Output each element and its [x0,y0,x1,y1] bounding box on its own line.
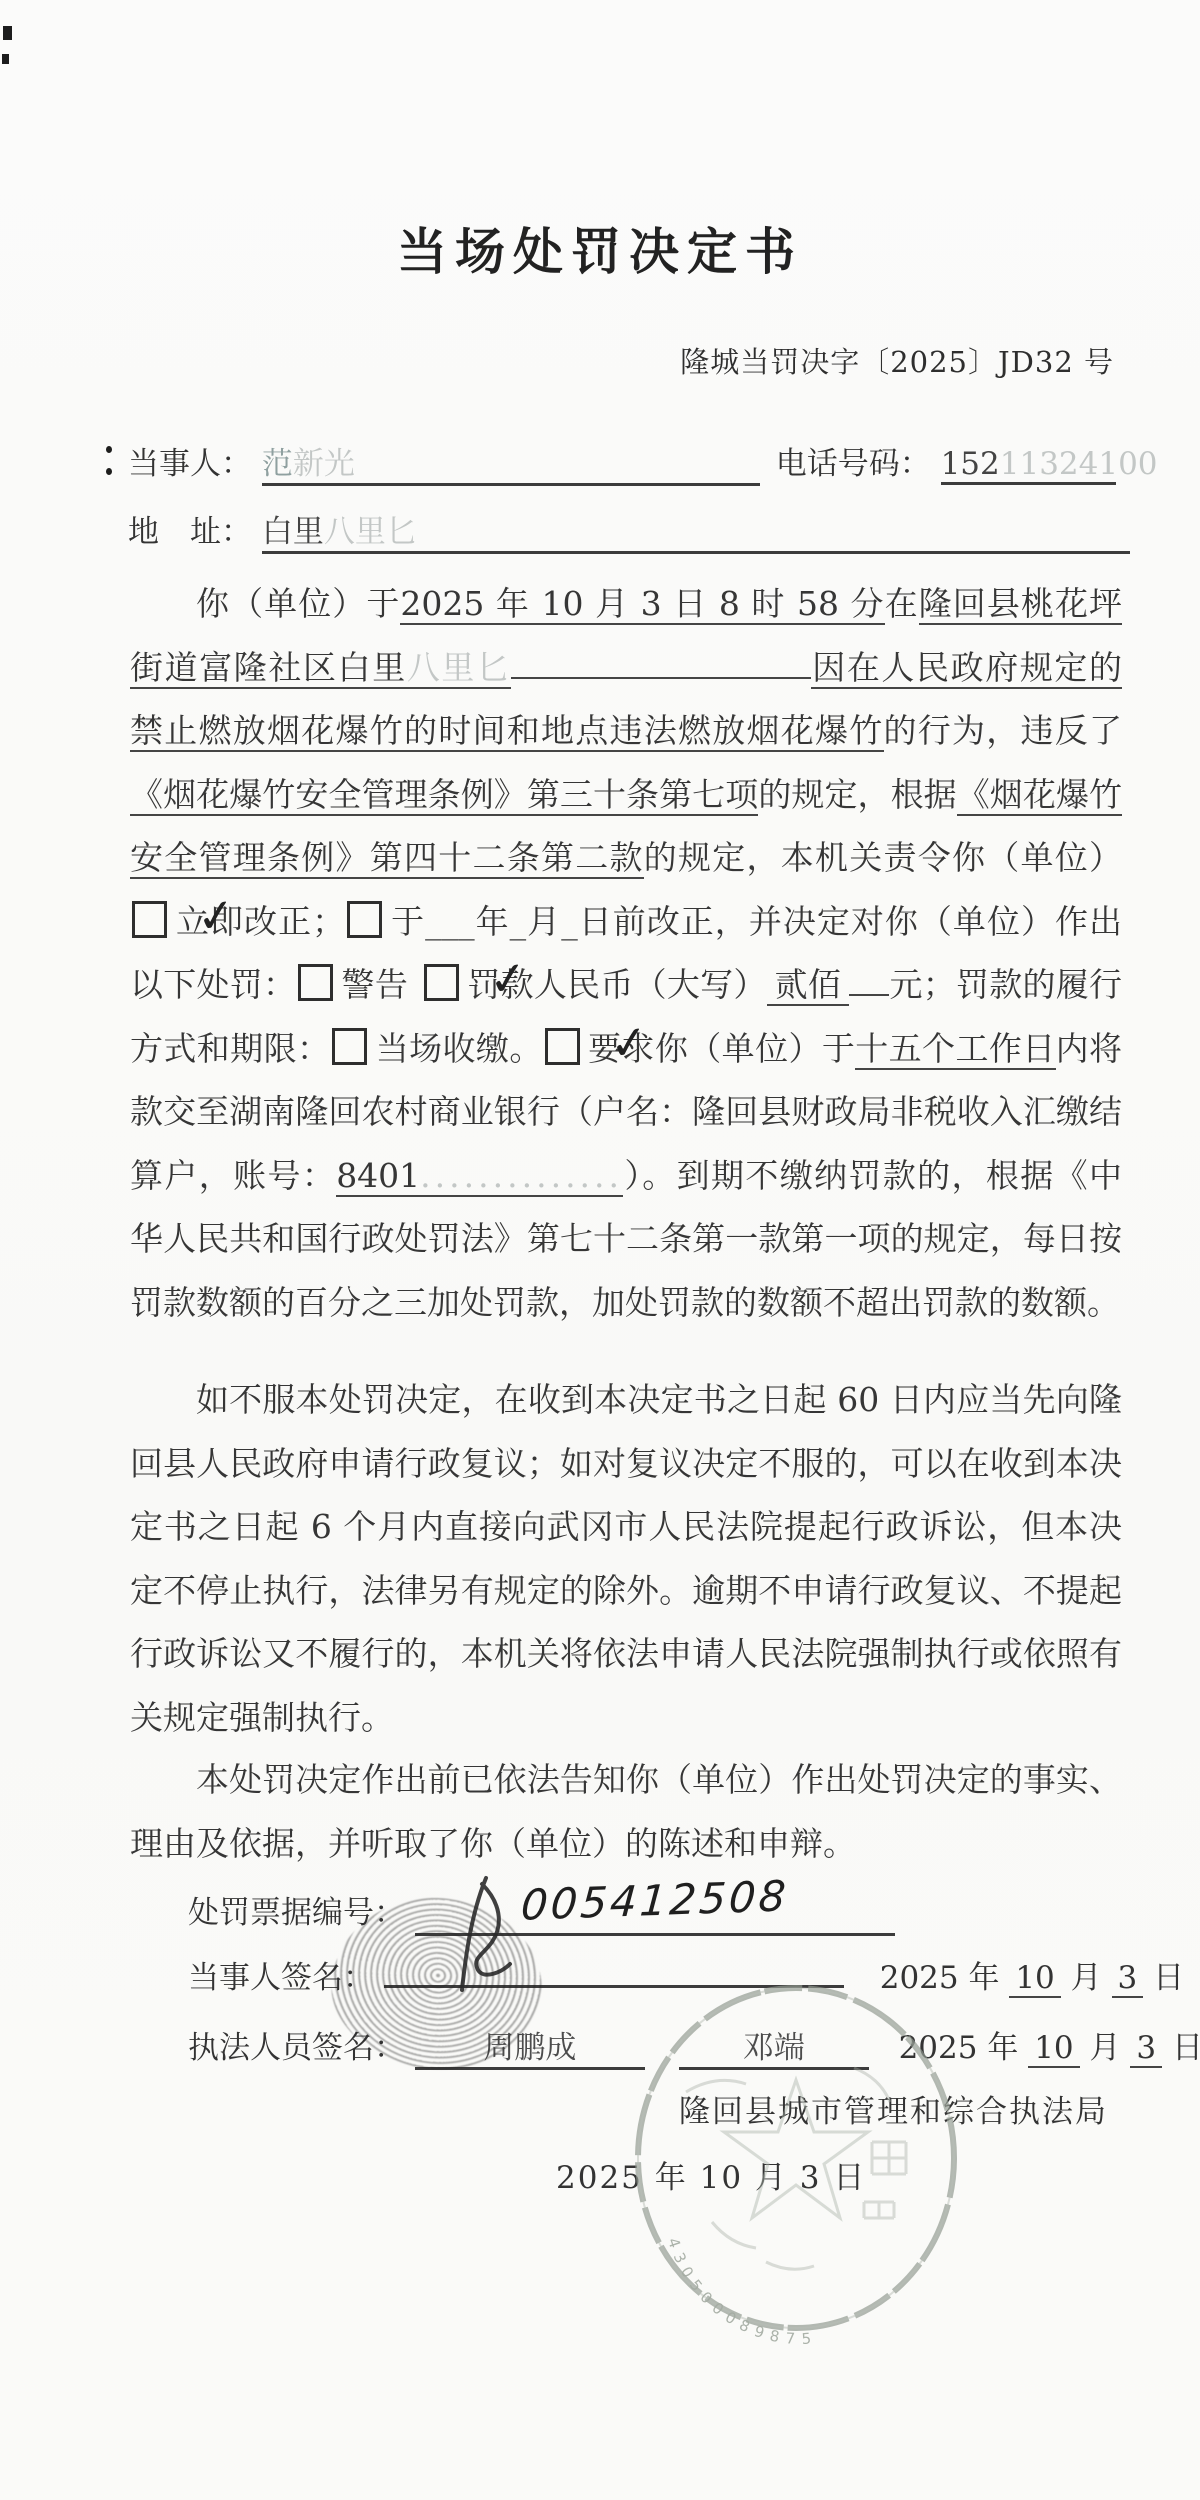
date-month-unit: 月 [1071,1960,1102,1996]
scan-artifact [3,26,12,40]
scan-artifact [106,468,112,475]
date-month-unit: 月 [1090,2030,1121,2066]
checkbox-pay-within-days-checked [545,1028,580,1065]
scan-artifact [2,54,9,64]
date-day-unit: 日 [1153,1960,1184,1996]
address-value: 白里 [262,514,324,550]
date-day: 3 [1130,2030,1162,2068]
address-label: 地 址： [128,506,252,551]
page-title: 当场处罚决定书 [0,212,1200,284]
paragraph-violation: 你（单位）于2025 年 10 月 3 日 8 时 58 分在隆回县桃花坪街道富… [130,572,1122,1334]
phone-faded: 11324100 [1000,446,1158,482]
address-row: 地 址： 白里八里匕 [128,506,1130,554]
phone-label: 电话号码： [776,438,931,483]
text: 在 [885,584,919,623]
party-row: 当事人： 范新光 电话号码： 15211324100 [128,438,1116,486]
payment-deadline: 十五个工作日 [855,1029,1055,1070]
paragraph-appeal-rights: 如不服本处罚决定，在收到本决定书之日起 60 日内应当先向隆回县人民政府申请行政… [130,1368,1122,1749]
date-day: 3 [1112,1960,1144,1998]
text: 的规定，本机关责令你（单位） [644,838,1122,877]
party-name-field: 范新光 [262,438,760,486]
checkbox-immediate-correction-checked [132,901,167,938]
bank-account-number: 8401 [336,1156,420,1197]
checkbox-correct-by-date-unchecked [347,901,382,938]
checkbox-fine-checked [424,964,459,1001]
scan-artifact [106,446,112,453]
text: 你（单位）于 [196,584,400,623]
fine-amount-capital: 贰佰 [767,965,850,1006]
scanned-penalty-decision-document: 当场处罚决定书 隆城当罚决字〔2025〕JD32 号 当事人： 范新光 电话号码… [0,0,1200,2500]
violation-datetime: 2025 年 10 月 3 日 8 时 58 分 [400,584,884,625]
party-label: 当事人： [128,438,252,483]
blank-line [849,961,889,996]
violated-clause: 《烟花爆竹安全管理条例》第三十条第七项 [130,775,758,816]
ticket-number-handwritten: 005412508 [519,1871,790,1929]
party-name-value: 范 [262,446,293,482]
address-field: 白里八里匕 [262,506,1130,554]
blank-line [511,644,811,679]
party-name-faded: 新光 [293,446,355,482]
phone-field: 15211324100 [941,446,1116,485]
text: 的规定，根据 [758,775,956,814]
date-month: 10 [1009,1960,1060,1998]
document-number: 隆城当罚决字〔2025〕JD32 号 [680,340,1114,381]
paragraph-notification: 本处罚决定作出前已依法告知你（单位）作出处罚决定的事实、理由及依据，并听取了你（… [130,1748,1122,1875]
date-day-unit: 日 [1172,2030,1200,2066]
warning-label: 警告 [341,965,408,1004]
official-seal: 430500089875 [616,1972,972,2344]
checkbox-warning-unchecked [298,964,333,1001]
onsite-collection-label: 当场收缴。 [375,1029,542,1068]
checkbox-onsite-collection-unchecked [332,1028,367,1065]
text: 的行为，违反了 [884,711,1123,750]
phone-value: 152 [941,446,1000,482]
date-month: 10 [1028,2030,1079,2068]
address-faded: 八里匕 [324,514,417,550]
violation-place-faded: 八里匕 [407,648,511,689]
bank-account-faded: .............. [420,1156,623,1197]
